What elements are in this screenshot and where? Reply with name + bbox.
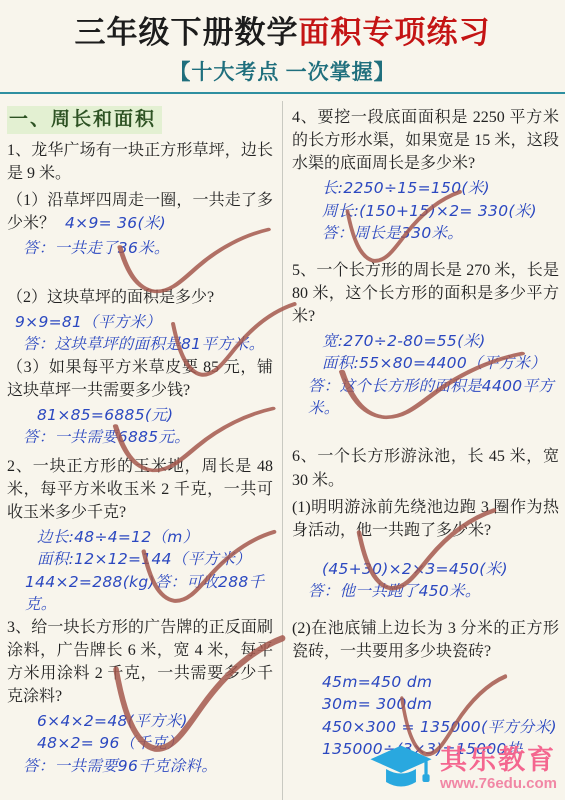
- question-4: 4、要挖一段底面面积是 2250 平方米的长方形水渠，如果宽是 15 米，这段水…: [292, 106, 559, 175]
- right-column: 4、要挖一段底面面积是 2250 平方米的长方形水渠，如果宽是 15 米，这段水…: [283, 101, 565, 800]
- question-1: 1、龙华广场有一块正方形草坪，边长是 9 米。: [7, 139, 273, 185]
- brand-name: 其乐教育: [440, 746, 557, 774]
- question-1-1: （1）沿草坪四周走一圈，一共走了多少米？4×9= 36(米): [7, 189, 273, 235]
- question-1-3: （3）如果每平方米草皮要 85 元，铺这块草坪一共需要多少钱?: [7, 356, 273, 402]
- question-1-2: （2）这块草坪的面积是多少?: [7, 286, 273, 309]
- spacer: [292, 419, 559, 445]
- worksheet-page: 三年级下册数学面积专项练习 【十大考点 一次掌握】 一、周长和面积 1、龙华广场…: [0, 0, 565, 800]
- work-1-2: 9×9=81（平方米）: [15, 311, 273, 333]
- page-header: 三年级下册数学面积专项练习 【十大考点 一次掌握】: [0, 0, 565, 94]
- work-5-2: 面积:55×80=4400（平方米）: [322, 352, 559, 374]
- work-3-2: 48×2= 96（千克）: [37, 732, 273, 754]
- work-6-2b: 30m= 300dm: [322, 693, 559, 715]
- graduation-cap-icon: [368, 743, 434, 795]
- question-5: 5、一个长方形的周长是 270 米，长是 80 米，这个长方形的面积是多少平方米…: [292, 259, 559, 328]
- answer-1-3: 答：一共需要6885元。: [23, 426, 273, 448]
- spacer: [292, 603, 559, 617]
- question-6: 6、一个长方形游泳池，长 45 米，宽 30 米。: [292, 445, 559, 491]
- spacer: [7, 260, 273, 286]
- title-topic-part: 面积专项练习: [299, 15, 491, 50]
- answer-5: 答：这个长方形的面积是4400平方米。: [308, 375, 559, 420]
- spacer: [292, 544, 559, 558]
- left-column: 一、周长和面积 1、龙华广场有一块正方形草坪，边长是 9 米。 （1）沿草坪四周…: [0, 101, 283, 800]
- brand-logo: 其乐教育 www.76edu.com: [368, 743, 557, 795]
- spacer: [292, 245, 559, 259]
- brand-website: www.76edu.com: [440, 775, 557, 792]
- work-4-1: 长:2250÷15=150(米): [322, 177, 559, 199]
- answer-4: 答：周长是330米。: [322, 222, 559, 244]
- section-heading: 一、周长和面积: [7, 106, 162, 134]
- work-1-3: 81×85=6885(元): [37, 404, 273, 426]
- answer-1-2: 答：这块草坪的面积是81平方米。: [23, 333, 273, 355]
- work-6-1: (45+30)×2×3=450(米): [322, 558, 559, 580]
- question-6-1: (1)明明游泳前先绕池边跑 3 圈作为热身活动，他一共跑了多少米?: [292, 496, 559, 542]
- work-3-1: 6×4×2=48(平方米): [37, 710, 273, 732]
- work-2-3-expr: 144×2=288(kg): [25, 573, 155, 591]
- question-2: 2、一块正方形的玉米地，周长是 48 米，每平方米收玉米 2 千克，一共可收玉米…: [7, 455, 273, 524]
- work-5-1: 宽:270÷2-80=55(米): [322, 330, 559, 352]
- question-6-2: (2)在池底铺上边长为 3 分米的正方形瓷砖，一共要用多少块瓷砖?: [292, 617, 559, 663]
- brand-text: 其乐教育 www.76edu.com: [440, 746, 557, 791]
- question-3: 3、给一块长方形的广告牌的正反面刷涂料，广告牌长 6 米，宽 4 米，每平方米用…: [7, 616, 273, 708]
- answer-1-1: 答：一共走了36米。: [23, 237, 273, 259]
- work-1-1: 4×9= 36(米): [65, 214, 166, 232]
- work-6-2c: 450×300 = 135000(平方分米): [322, 716, 559, 738]
- answer-3: 答：一共需要96千克涂料。: [23, 755, 273, 777]
- title-grade-part: 三年级下册数学: [75, 15, 299, 50]
- two-column-body: 一、周长和面积 1、龙华广场有一块正方形草坪，边长是 9 米。 （1）沿草坪四周…: [0, 101, 565, 800]
- header-divider: [0, 92, 565, 94]
- work-2-1: 边长:48÷4=12（m）: [37, 526, 273, 548]
- page-subtitle: 【十大考点 一次掌握】: [0, 56, 565, 86]
- work-6-2a: 45m=450 dm: [322, 671, 559, 693]
- work-2-3: 144×2=288(kg)答：可收288千克。: [25, 571, 273, 616]
- page-title: 三年级下册数学面积专项练习: [0, 14, 565, 53]
- work-4-2: 周长:(150+15)×2= 330(米): [322, 200, 559, 222]
- answer-6-1: 答：他一共跑了450米。: [308, 580, 498, 602]
- work-2-2: 面积:12×12=144（平方米）: [37, 548, 273, 570]
